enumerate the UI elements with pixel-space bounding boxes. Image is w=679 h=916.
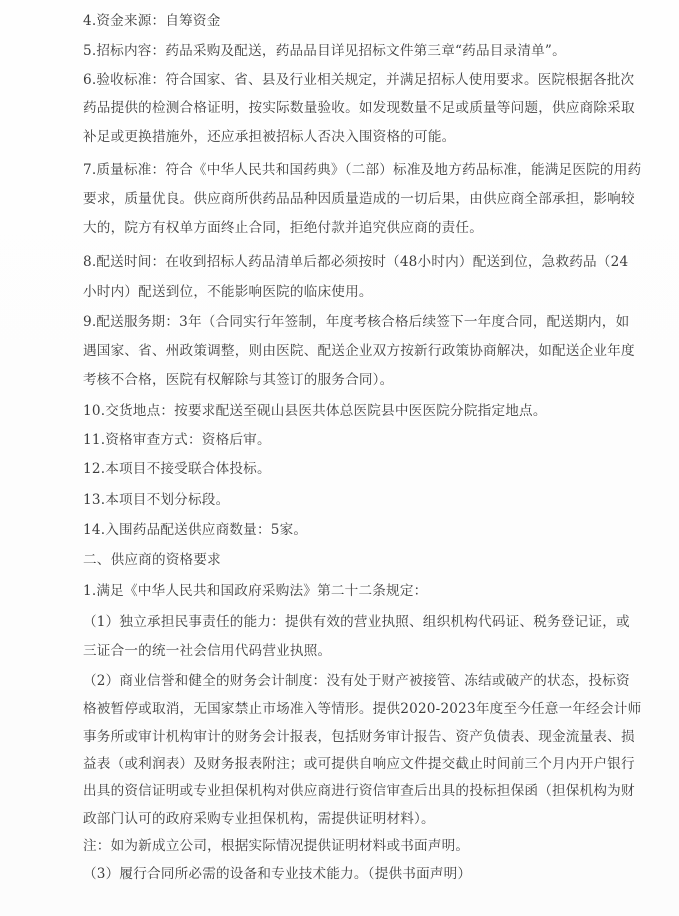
document-line: 注：如为新成立公司，根据实际情况提供证明材料或书面声明。 (83, 837, 623, 855)
document-line: 大的，院方有权单方面终止合同，拒绝付款并追究供应商的责任。 (83, 219, 623, 237)
document-line: 11.资格审查方式：资格后审。 (83, 431, 623, 449)
document-line: 10.交货地点：按要求配送至砚山县医共体总医院县中医医院分院指定地点。 (83, 402, 623, 420)
document-line: 5.招标内容：药品采购及配送，药品品目详见招标文件第三章“药品目录清单”。 (83, 42, 623, 60)
document-line: 三证合一的统一社会信用代码营业执照。 (83, 642, 623, 660)
document-line: 8.配送时间：在收到招标人药品清单后都必须按时（48小时内）配送到位，急救药品（… (83, 253, 623, 271)
document-line: 二、供应商的资格要求 (83, 551, 623, 569)
document-line: （1）独立承担民事责任的能力：提供有效的营业执照、组织机构代码证、税务登记证，或 (83, 613, 623, 631)
document-line: 要求，质量优良。供应商所供药品品种因质量造成的一切后果，由供应商全部承担，影响较 (83, 190, 623, 208)
document-line: 1.满足《中华人民共和国政府采购法》第二十二条规定： (83, 582, 623, 600)
document-line: （3）履行合同所必需的设备和专业技术能力。（提供书面声明） (83, 865, 623, 883)
document-line: 药品提供的检测合格证明，按实际数量验收。如发现数量不足或质量等问题，供应商除采取 (83, 99, 623, 117)
document-line: 遇国家、省、州政策调整，则由医院、配送企业双方按新行政策协商解决，如配送企业年度 (83, 342, 623, 360)
document-line: 14.入围药品配送供应商数量：5家。 (83, 521, 623, 539)
document-page: 4.资金来源：自筹资金5.招标内容：药品采购及配送，药品品目详见招标文件第三章“… (0, 0, 679, 916)
document-line: 13.本项目不划分标段。 (83, 491, 623, 509)
document-line: 益表（或利润表）及财务报表附注；或可提供自响应文件提交截止时间前三个月内开户银行 (83, 755, 623, 773)
document-line: 考核不合格，医院有权解除与其签订的服务合同）。 (83, 371, 623, 389)
document-line: 9.配送服务期：3年（合同实行年签制，年度考核合格后续签下一年度合同，配送期内，… (83, 313, 623, 331)
document-line: 6.验收标准：符合国家、省、县及行业相关规定，并满足招标人使用要求。医院根据各批… (83, 71, 623, 89)
document-line: 小时内）配送到位，不能影响医院的临床使用。 (83, 283, 623, 301)
document-line: 格被暂停或取消，无国家禁止市场准入等情形。提供2020-2023年度至今任意一年… (83, 700, 623, 718)
document-line: 12.本项目不接受联合体投标。 (83, 460, 623, 478)
document-line: 出具的资信证明或专业担保机构对供应商进行资信审查后出具的投标担保函（担保机构为财 (83, 782, 623, 800)
document-line: 7.质量标准：符合《中华人民共和国药典》（二部）标准及地方药品标准，能满足医院的… (83, 161, 623, 179)
document-line: 事务所或审计机构审计的财务会计报表，包括财务审计报告、资产负债表、现金流量表、损 (83, 728, 623, 746)
document-line: 政部门认可的政府采购专业担保机构，需提供证明材料）。 (83, 810, 623, 828)
document-line: 补足或更换措施外，还应承担被招标人否决入围资格的可能。 (83, 128, 623, 146)
document-line: （2）商业信誉和健全的财务会计制度：没有处于财产被接管、冻结或破产的状态，投标资 (83, 672, 623, 690)
document-line: 4.资金来源：自筹资金 (83, 12, 623, 30)
